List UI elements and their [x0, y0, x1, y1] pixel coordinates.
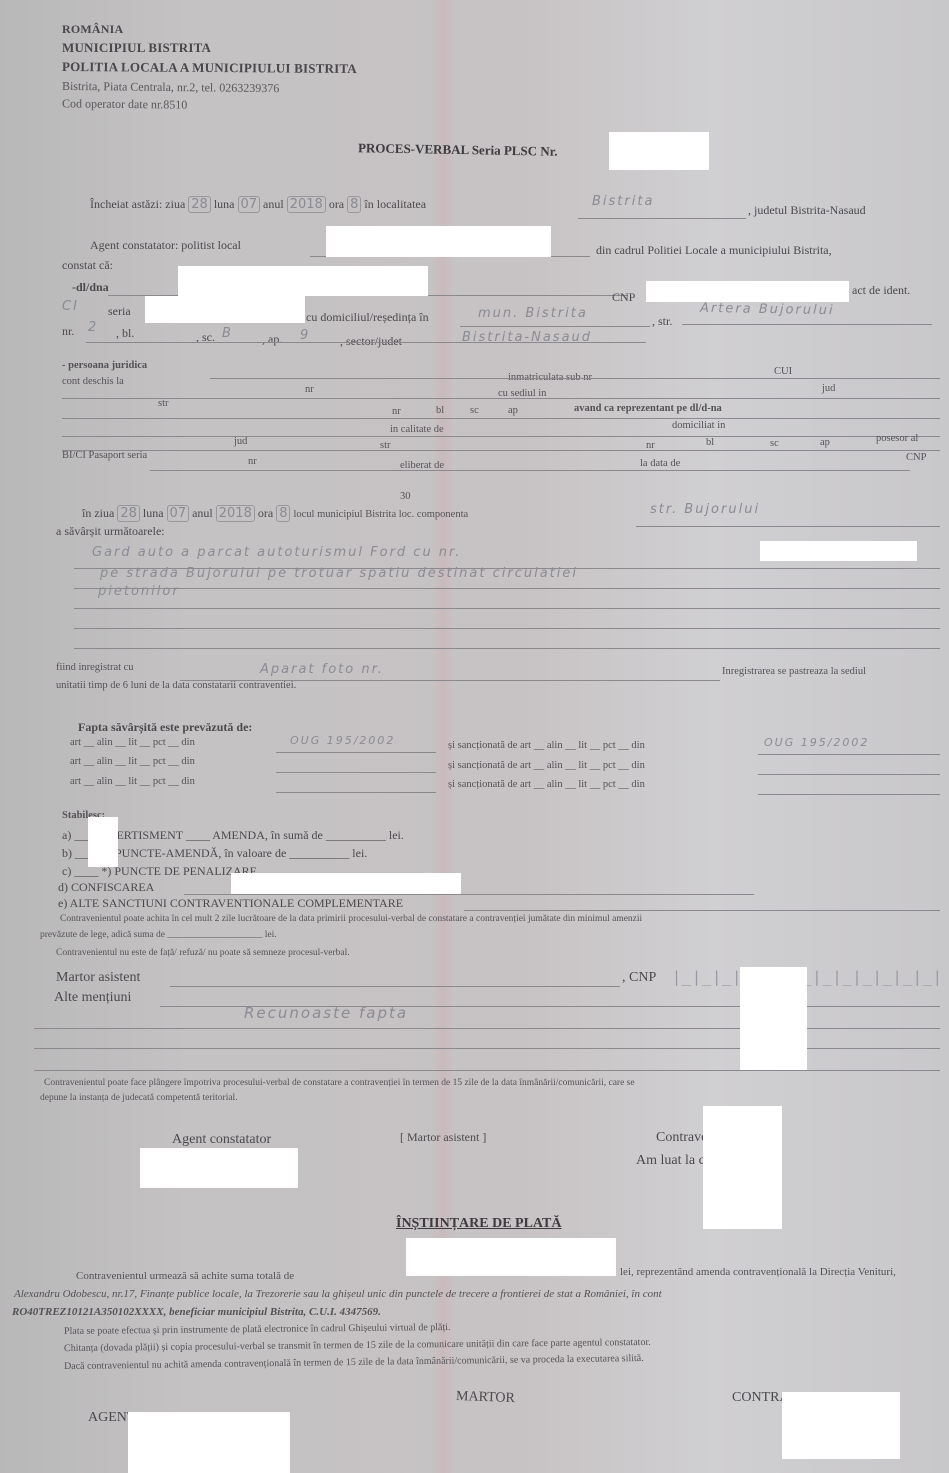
legal-basis-row-1-left: art __ alin __ lit __ pct __ din	[70, 737, 195, 748]
underline	[160, 1006, 940, 1007]
half-fine-label: prevăzute de lege, adică suma de	[40, 930, 165, 940]
underline	[62, 418, 940, 419]
payment-iban: RO40TREZ10121A350102XXXX, beneficiar mun…	[12, 1306, 381, 1318]
person-sc: B	[222, 326, 233, 341]
sanction-e: e) ALTE SANCTIUNI CONTRAVENTIONALE COMPL…	[58, 896, 403, 911]
underline	[74, 588, 940, 589]
underline	[464, 910, 940, 911]
concluded-locality-label: în localitatea	[364, 197, 426, 211]
legal-entity-street-nr: nr	[392, 406, 401, 417]
legal-entity-id-nr: nr	[248, 456, 257, 467]
refusal-note: Contravenientul nu este de față/ refuză/…	[56, 948, 350, 958]
underline	[758, 794, 940, 795]
witness-label: Martor asistent	[56, 970, 140, 986]
concluded-locality: Bistrita	[592, 194, 654, 209]
payment-line-1: Contravenientul urmează să achite suma t…	[76, 1270, 294, 1282]
underline	[758, 774, 940, 775]
header-address: Bistrita, Piata Centrala, nr.2, tel. 026…	[62, 79, 279, 96]
legal-basis-title: Fapta săvârșită este prevăzută de:	[78, 720, 252, 735]
legal-entity-rep-ap: ap	[820, 437, 830, 448]
offense-year: 2018	[216, 505, 255, 522]
offense-day: 28	[117, 505, 140, 522]
person-street-label: , str.	[652, 314, 672, 329]
document-title: PROCES-VERBAL Seria PLSC Nr.	[358, 140, 558, 159]
redacted-confiscation	[231, 873, 461, 894]
redacted-offender-signature	[703, 1106, 782, 1229]
redacted-cnp	[646, 281, 849, 302]
concluded-label: Încheiat astăzi: ziua	[90, 197, 185, 211]
offense-date-row: în ziua 28 luna 07 anul 2018 ora 8 locul…	[82, 505, 468, 522]
concluded-month-label: luna	[214, 197, 235, 211]
concluded-county: , judetul Bistrita-Nasaud	[748, 203, 866, 218]
concluded-hour: 8	[347, 196, 361, 213]
legal-entity-representative: avand ca reprezentant pe dl/d-na	[574, 403, 722, 414]
offense-description-line-1: Gard auto a parcat autoturismul Ford cu …	[92, 545, 461, 560]
offense-storage-label: Inregistrarea se pastreaza la sediul	[722, 666, 866, 677]
offense-committed-label: a săvârșit următoarele:	[56, 524, 165, 539]
legal-entity-ap: ap	[508, 405, 518, 416]
offense-minutes: 30	[400, 491, 411, 502]
payment-line-4: Plata se poate efectua și prin instrumen…	[64, 1322, 451, 1337]
header-operator-code: Cod operator date nr.8510	[62, 96, 187, 112]
signature-witness-label: [ Martor asistent ]	[400, 1130, 486, 1145]
underline	[682, 324, 932, 325]
complaint-note-2: depune la instanța de judecată competent…	[40, 1093, 238, 1103]
sanction-fine-points-unit: lei.	[352, 846, 367, 860]
underline	[150, 470, 910, 471]
legal-entity-county: jud	[822, 383, 835, 394]
legal-entity-rep-sc: sc	[770, 438, 779, 449]
offense-storage-note: unitatii timp de 6 luni de la data const…	[56, 680, 296, 691]
sanction-fine-points: *) PUNCTE-AMENDĂ, în valoare de	[102, 846, 286, 860]
redacted-id-series	[145, 296, 305, 323]
legal-entity-holder: posesor al	[876, 433, 918, 444]
offense-description-line-3: pietonilor	[98, 584, 180, 599]
offense-place: str. Bujorului	[650, 502, 760, 517]
underline	[74, 648, 940, 649]
agent-suffix: din cadrul Politiei Locale a municipiulu…	[596, 243, 832, 258]
complaint-note-1: Contravenientul poate face plângere împo…	[44, 1078, 635, 1088]
person-domicile-city: mun. Bistrita	[478, 306, 588, 321]
payment-line-5: Chitanța (dovada plății) și copia proces…	[64, 1337, 651, 1354]
person-nr-label: nr.	[62, 324, 74, 339]
underline	[578, 218, 746, 219]
offense-hour-label: ora	[258, 506, 273, 520]
redacted-series-number	[609, 132, 709, 170]
witness-cnp-cells: |_|_|_|_|_|_|_|_|_|_|_|_|_|	[672, 968, 943, 986]
concluded-hour-label: ora	[329, 197, 344, 211]
payment-line-2: Alexandru Odobescu, nr.17, Finanțe publi…	[14, 1288, 662, 1300]
concluded-year-label: anul	[263, 197, 284, 211]
legal-basis-row-2-left: art __ alin __ lit __ pct __ din	[70, 756, 195, 767]
person-id-label: act de ident.	[852, 283, 910, 298]
concluded-row: Încheiat astăzi: ziua 28 luna 07 anul 20…	[90, 196, 426, 213]
legal-entity-id-series: BI/CI Pasaport seria	[62, 450, 147, 461]
person-ap: 9	[300, 328, 310, 343]
offense-registered-label: fiind inregistrat cu	[56, 662, 134, 673]
offense-description-line-2: pe strada Bujorului pe trotuar spatiu de…	[100, 566, 578, 581]
sanction-fine-unit: lei.	[389, 828, 404, 842]
legal-basis-row-1-left-value: OUG 195/2002	[290, 734, 395, 747]
redacted-plate-number	[760, 541, 917, 561]
underline	[62, 436, 940, 437]
legal-entity-label: - persoana juridica	[62, 360, 147, 371]
legal-entity-account: cont deschis la	[62, 376, 124, 387]
payment-line-1-end: lei, reprezentând amenda contravențional…	[620, 1266, 896, 1278]
concluded-year: 2018	[287, 196, 326, 213]
footer-witness: MARTOR	[456, 1389, 515, 1407]
header-institution: POLITIA LOCALA A MUNICIPIULUI BISTRITA	[62, 59, 357, 77]
underline	[86, 342, 646, 343]
person-domicile-label: cu domiciliul/reședința în	[306, 310, 429, 325]
underline	[758, 754, 940, 755]
underline	[62, 398, 940, 399]
underline	[210, 378, 940, 379]
underline	[62, 450, 940, 451]
offense-month: 07	[167, 505, 190, 522]
underline	[276, 752, 436, 753]
redacted-footer-offender	[782, 1392, 900, 1459]
offense-month-label: luna	[143, 506, 164, 520]
legal-basis-row-2-right: și sancționată de art __ alin __ lit __ …	[448, 760, 645, 771]
redacted-agent-signature	[140, 1148, 298, 1188]
legal-entity-issue-date: la data de	[640, 458, 680, 469]
underline	[460, 326, 650, 327]
mentions-label: Alte mențiuni	[54, 990, 131, 1006]
half-fine-unit: lei.	[265, 930, 277, 940]
half-fine-note-1: Contravenientul poate achita în cel mult…	[60, 914, 642, 924]
person-cnp-label: CNP	[612, 290, 635, 305]
redacted-sanction-marks	[88, 817, 118, 867]
underline	[74, 628, 940, 629]
redacted-total-amount	[406, 1238, 616, 1276]
underline	[34, 1070, 940, 1071]
offense-place-label: locul municipiul Bistrita loc. component…	[293, 509, 468, 520]
half-fine-note-2: prevăzute de lege, adică suma de _______…	[40, 930, 277, 940]
person-bl-label: , bl.	[116, 326, 134, 341]
offense-day-label: în ziua	[82, 506, 114, 520]
person-id-type: CI	[62, 299, 79, 314]
offense-year-label: anul	[192, 506, 213, 520]
underline	[74, 608, 940, 609]
payment-line-6: Dacă contravenientul nu achită amenda co…	[64, 1353, 644, 1372]
underline	[636, 526, 940, 527]
legal-entity-rep-cnp: CNP	[906, 452, 926, 463]
person-series-label: seria	[108, 304, 131, 319]
person-name-label: -dl/dna	[72, 280, 109, 295]
legal-entity-capacity: in calitate de	[390, 424, 444, 435]
header-municipality: MUNICIPIUL BISTRITA	[62, 40, 211, 56]
redacted-agent-name	[326, 226, 551, 257]
offense-registered-with: Aparat foto nr.	[260, 662, 384, 677]
signature-agent-label: Agent constatator	[172, 1132, 271, 1148]
underline	[184, 894, 754, 895]
offense-hour: 8	[276, 505, 290, 522]
legal-basis-row-3-left: art __ alin __ lit __ pct __ din	[70, 776, 195, 787]
legal-entity-bl: bl	[436, 405, 444, 416]
header-country: ROMÂNIA	[62, 22, 123, 37]
legal-entity-rep-county: jud	[234, 436, 247, 447]
legal-basis-row-3-right: și sancționată de art __ alin __ lit __ …	[448, 779, 645, 790]
legal-entity-cui: CUI	[774, 366, 792, 377]
sanction-d: d) CONFISCAREA	[58, 880, 154, 895]
redacted-footer-agent	[128, 1412, 290, 1473]
person-ap-label: , ap.	[262, 332, 282, 347]
legal-basis-row-1-right: și sancționată de art __ alin __ lit __ …	[448, 740, 645, 751]
sanction-fine: AMENDA, în sumă de	[212, 828, 323, 842]
agent-label: Agent constatator: politist local	[90, 238, 241, 253]
person-street: Artera Bujorului	[700, 301, 835, 318]
legal-entity-nr: nr	[305, 384, 314, 395]
concluded-day: 28	[188, 196, 211, 213]
concluded-month: 07	[238, 196, 261, 213]
legal-basis-row-1-right-value: OUG 195/2002	[764, 736, 869, 749]
redacted-person-name	[178, 266, 428, 296]
underline	[276, 792, 436, 793]
underline	[170, 986, 620, 987]
underline	[276, 772, 436, 773]
payment-title: ÎNȘTIINȚARE DE PLATĂ	[396, 1216, 561, 1232]
legal-entity-sc: sc	[470, 405, 479, 416]
redacted-witness-cnp	[740, 967, 807, 1070]
legal-entity-street: str	[158, 398, 169, 409]
constat-label: constat că:	[62, 258, 113, 273]
witness-cnp-label: , CNP	[622, 970, 656, 986]
person-nr: 2	[88, 320, 98, 335]
legal-entity-domicile: domiciliat in	[672, 420, 725, 431]
legal-entity-rep-bl: bl	[706, 437, 714, 448]
